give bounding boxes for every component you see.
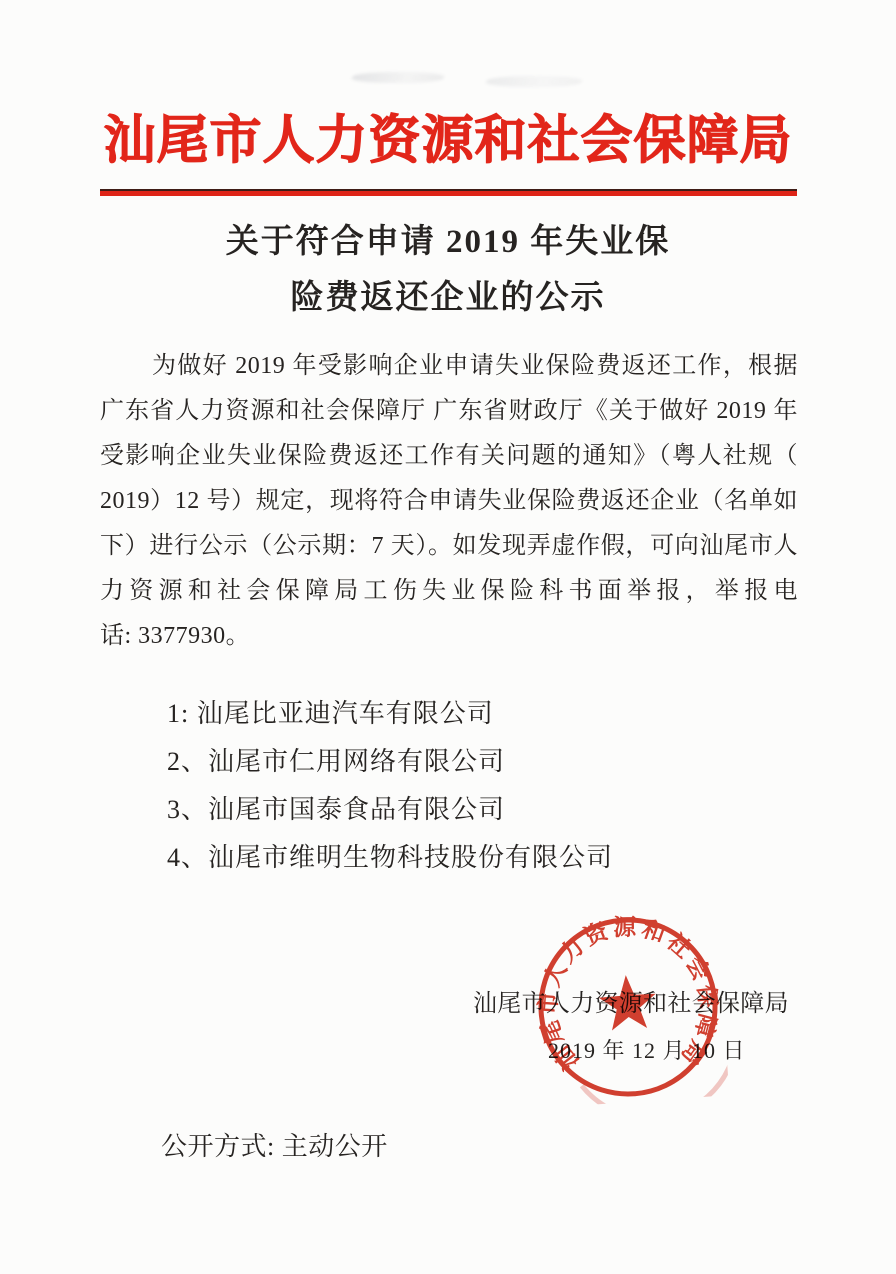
agency-letterhead: 汕尾市人力资源和社会保障局 bbox=[0, 98, 896, 173]
company-list-item: 3、汕尾市国泰食品有限公司 bbox=[167, 786, 727, 834]
document-title-line1: 关于符合申请 2019 年失业保 bbox=[0, 214, 896, 270]
body-line: 下）进行公示（公示期：7 天）。如发现弄虚作假，可向汕尾市人 bbox=[100, 524, 798, 569]
body-line: 力资源和社会保障局工伤失业保险科书面举报，举报电 bbox=[100, 569, 798, 614]
disclosure-method: 公开方式: 主动公开 bbox=[161, 1126, 388, 1163]
official-red-seal: 汕尾市人力资源和社会保障局 bbox=[527, 906, 730, 1109]
letterhead-divider-line bbox=[100, 189, 797, 196]
seal-star-icon bbox=[597, 973, 658, 1031]
body-line: 话: 3377930。 bbox=[100, 614, 798, 659]
document-title-line2: 险费返还企业的公示 bbox=[0, 270, 896, 326]
company-list: 1: 汕尾比亚迪汽车有限公司 2、汕尾市仁用网络有限公司 3、汕尾市国泰食品有限… bbox=[167, 690, 727, 882]
body-line: 2019）12 号）规定，现将符合申请失业保险费返还企业（名单如 bbox=[100, 479, 798, 524]
body-paragraph: 为做好 2019 年受影响企业申请失业保险费返还工作，根据 广东省人力资源和社会… bbox=[100, 344, 798, 659]
body-line: 广东省人力资源和社会保障厅 广东省财政厅《关于做好 2019 年 bbox=[100, 389, 798, 434]
document-title: 关于符合申请 2019 年失业保 险费返还企业的公示 bbox=[0, 214, 896, 326]
body-line: 为做好 2019 年受影响企业申请失业保险费返还工作，根据 bbox=[100, 344, 798, 389]
scan-artifact-smudge bbox=[351, 72, 445, 83]
seal-main-impression: 汕尾市人力资源和社会保障局 bbox=[529, 908, 727, 1100]
scanned-document-page: 汕尾市人力资源和社会保障局 关于符合申请 2019 年失业保 险费返还企业的公示… bbox=[0, 0, 896, 1274]
company-list-item: 1: 汕尾比亚迪汽车有限公司 bbox=[167, 690, 727, 738]
company-list-item: 2、汕尾市仁用网络有限公司 bbox=[167, 738, 727, 786]
body-line: 受影响企业失业保险费返还工作有关问题的通知》（粤人社规（ bbox=[100, 434, 798, 479]
company-list-item: 4、汕尾市维明生物科技股份有限公司 bbox=[167, 834, 727, 882]
scan-artifact-smudge bbox=[485, 76, 583, 87]
